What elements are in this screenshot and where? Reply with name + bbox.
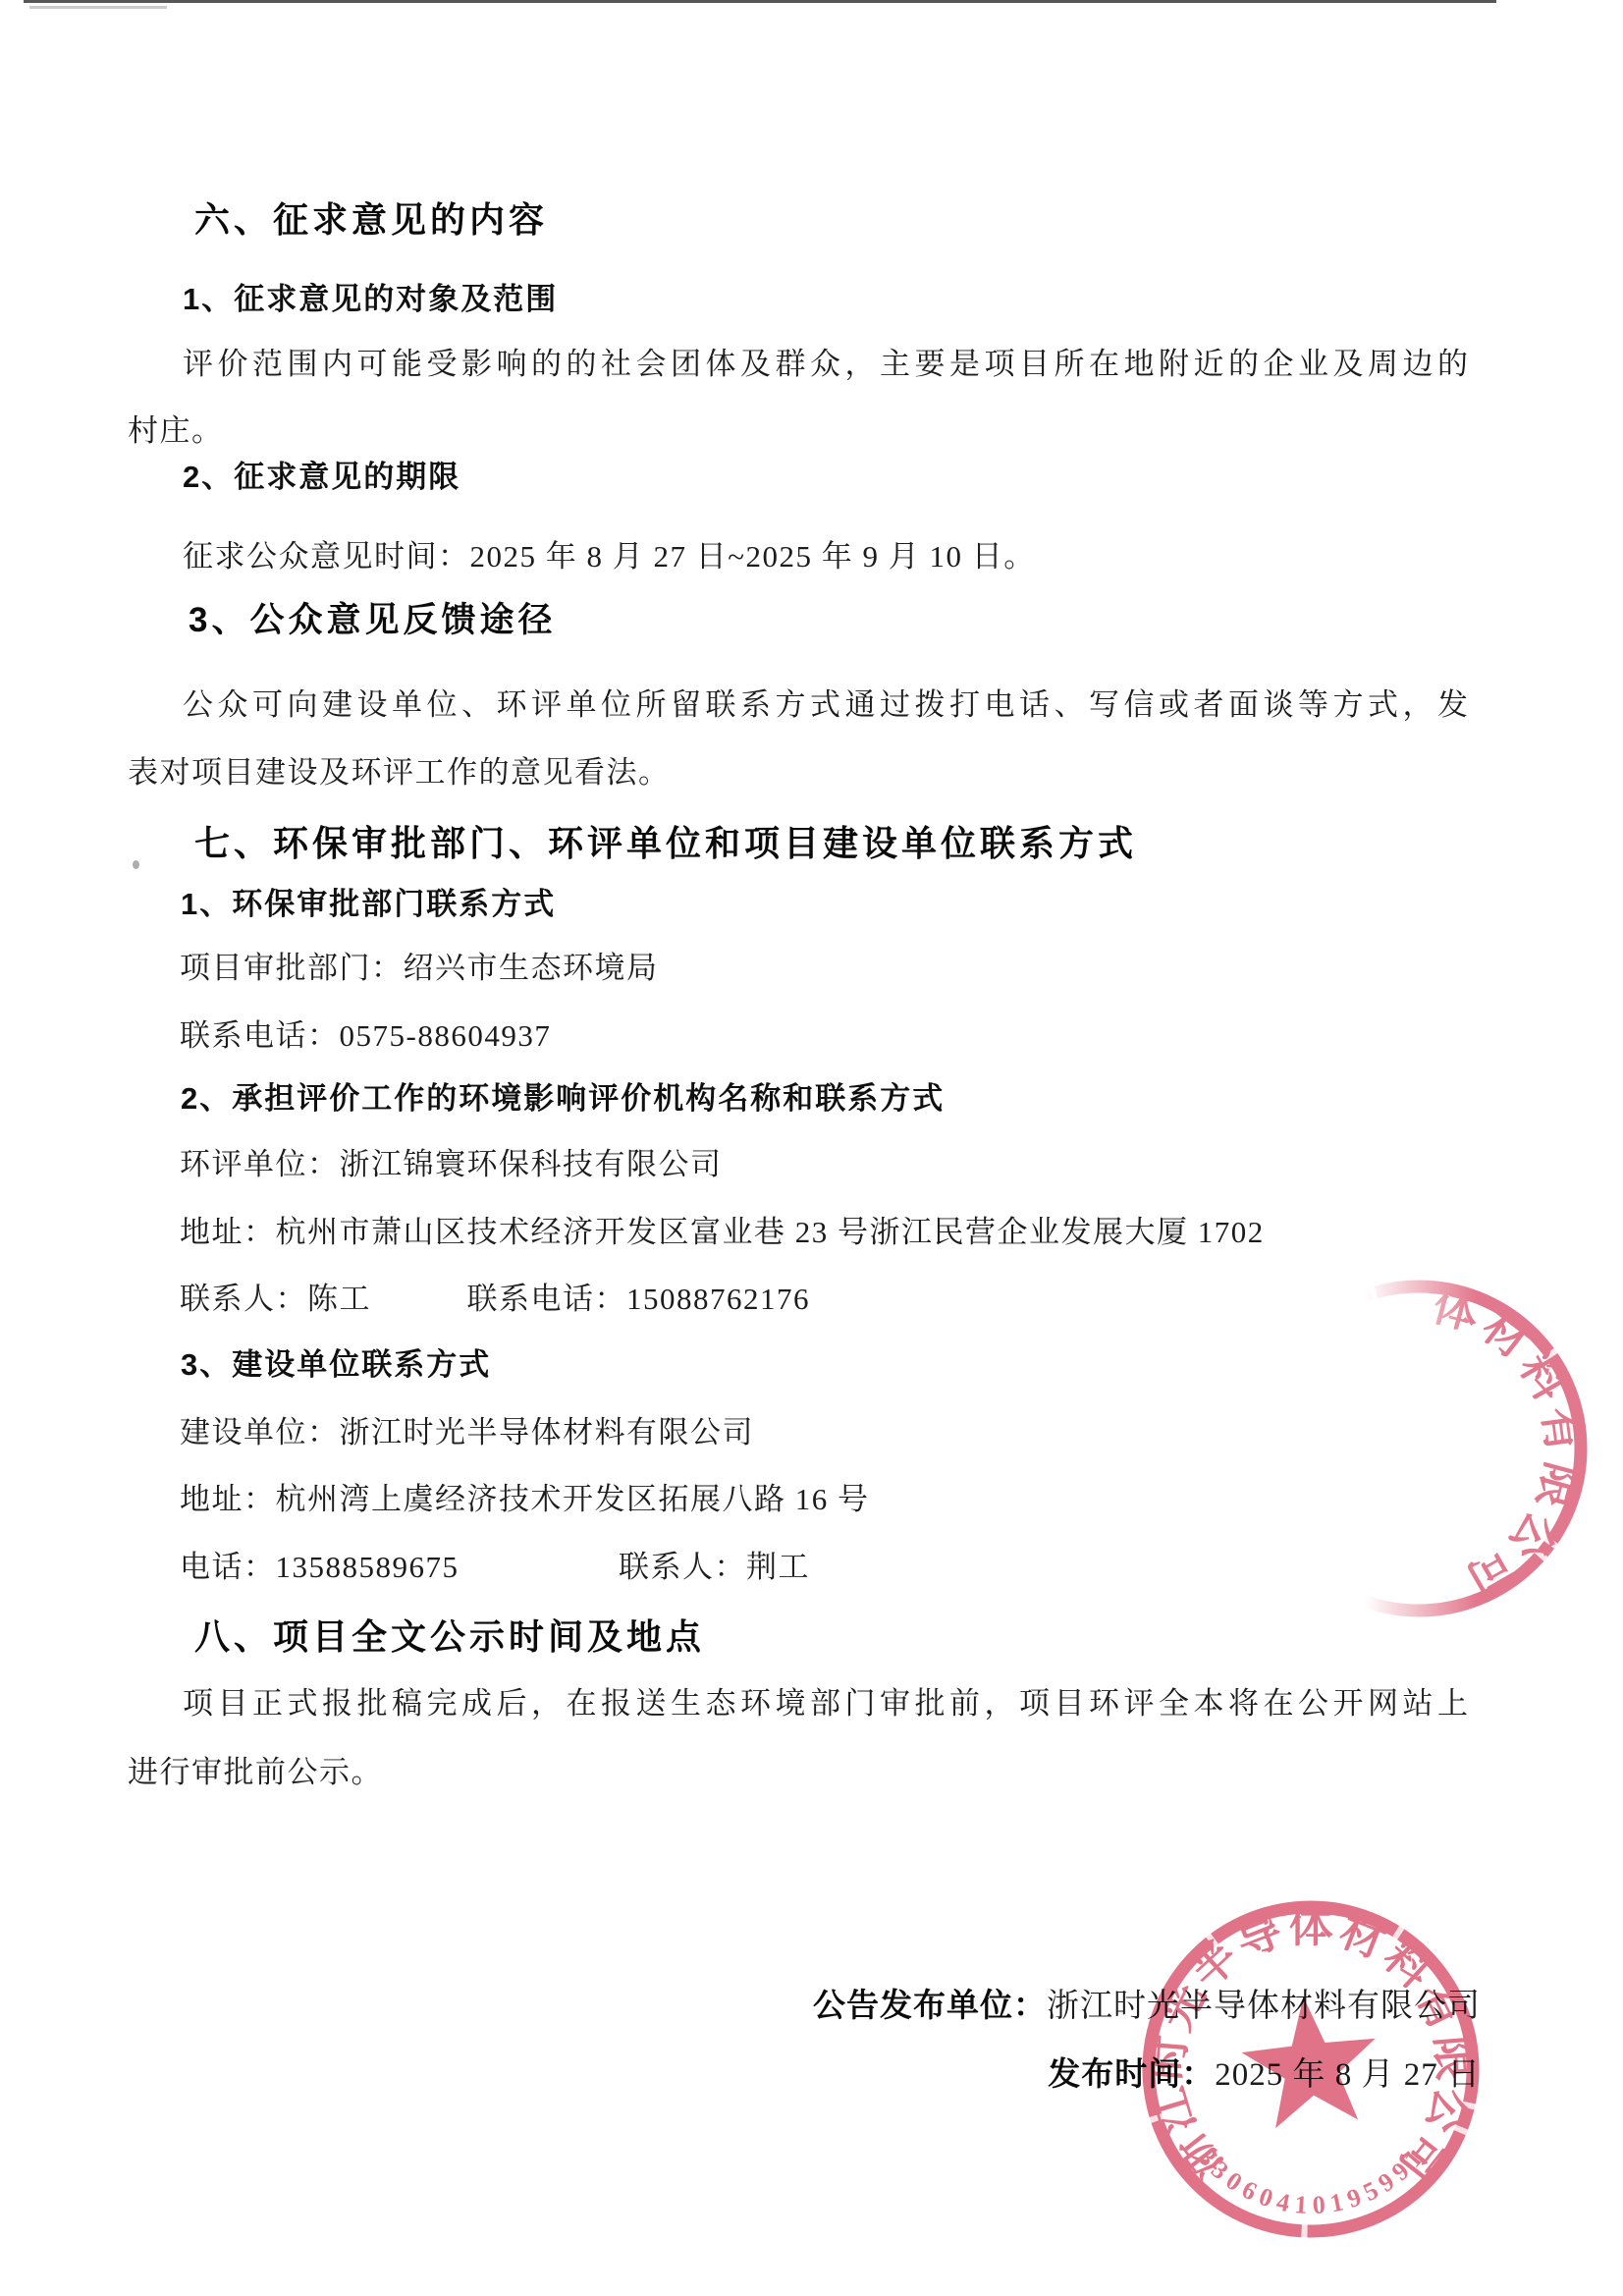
document-page: 六、征求意见的内容 1、征求意见的对象及范围 评价范围内可能受影响的的社会团体及…: [0, 0, 1623, 2296]
section-6-item3-paragraph-line2: 表对项目建设及环评工作的意见看法。: [128, 755, 671, 791]
company-seal-stamp: 浙江时光半导体材料有限公司 33060410195991: [1136, 1894, 1486, 2244]
construction-address-line: 地址：杭州湾上虞经济技术开发区拓展八路 16 号: [180, 1482, 870, 1517]
section-8-paragraph-line1: 项目正式报批稿完成后，在报送生态环境部门审批前，项目环评全本将在公开网站上: [183, 1686, 1473, 1722]
partial-seal-text: 体材料有限公司: [1428, 1280, 1589, 1606]
approval-department-line: 项目审批部门：绍兴市生态环境局: [180, 951, 659, 986]
section-6-item3-paragraph-line1: 公众可向建设单位、环评单位所留联系方式通过拨打电话、写信或者面谈等方式，发: [183, 687, 1473, 723]
section-6-item2-heading: 2、征求意见的期限: [183, 460, 460, 495]
section-8-heading: 八、项目全文公示时间及地点: [194, 1616, 705, 1657]
construction-unit-line: 建设单位：浙江时光半导体材料有限公司: [180, 1415, 754, 1450]
publisher-label: 公告发布单位：: [813, 1987, 1047, 2023]
scan-edge-line: [24, 0, 1496, 3]
section-6-item1-heading: 1、征求意见的对象及范围: [183, 282, 558, 317]
section-6-heading: 六、征求意见的内容: [194, 199, 548, 240]
section-6-item3-heading: 3、公众意见反馈途径: [189, 601, 556, 640]
section-8-paragraph-line2: 进行审批前公示。: [128, 1755, 383, 1790]
eia-unit-line: 环评单位：浙江锦寰环保科技有限公司: [180, 1147, 723, 1182]
section-6-item1-paragraph-line2: 村庄。: [128, 413, 224, 449]
eia-contact-line: 联系人：陈工 联系电话：15088762176: [180, 1282, 810, 1317]
approval-phone-line: 联系电话：0575-88604937: [180, 1018, 551, 1054]
section-7-item3-heading: 3、建设单位联系方式: [181, 1347, 491, 1383]
scan-speck: [133, 860, 139, 869]
seal-star-icon: [1236, 1990, 1383, 2131]
section-6-item1-paragraph-line1: 评价范围内可能受影响的的社会团体及群众，主要是项目所在地附近的企业及周边的: [183, 347, 1473, 382]
section-7-item1-heading: 1、环保审批部门联系方式: [181, 887, 556, 922]
construction-contact-line: 电话：13588589675 联系人：荆工: [180, 1550, 810, 1585]
scan-edge-line-2: [29, 6, 167, 9]
section-7-item2-heading: 2、承担评价工作的环境影响评价机构名称和联系方式: [181, 1081, 945, 1117]
partial-company-seal-stamp: 体材料有限公司: [1213, 1242, 1623, 1655]
section-7-heading: 七、环保审批部门、环评单位和项目建设单位联系方式: [194, 823, 1137, 863]
eia-address-line: 地址：杭州市萧山区技术经济开发区富业巷 23 号浙江民营企业发展大厦 1702: [180, 1215, 1265, 1250]
section-6-item2-body: 征求公众意见时间：2025 年 8 月 27 日~2025 年 9 月 10 日…: [183, 539, 1036, 574]
